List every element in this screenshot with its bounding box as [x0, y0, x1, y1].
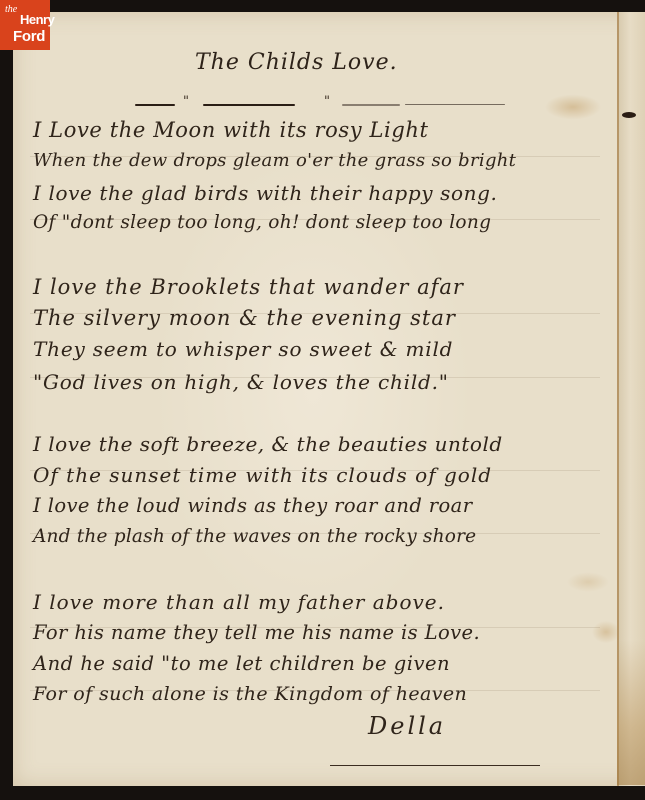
signature-rule	[330, 765, 540, 766]
signature: Della	[368, 712, 446, 740]
scan-frame: the Henry Ford The Childs Love. " " I Lo…	[0, 0, 645, 800]
poem-line: I love more than all my father above.	[33, 590, 445, 614]
poem-line: The silvery moon & the evening star	[33, 306, 456, 330]
logo-the: the	[5, 5, 17, 15]
poem-line: They seem to whisper so sweet & mild	[33, 337, 453, 361]
title-rule	[342, 104, 400, 106]
poem-title: The Childs Love.	[195, 50, 398, 75]
poem-line: "God lives on high, & loves the child."	[33, 370, 449, 394]
poem-line: For his name they tell me his name is Lo…	[33, 621, 480, 644]
poem-line: Of "dont sleep too long, oh! dont sleep …	[33, 212, 491, 233]
poem-line: I love the Brooklets that wander afar	[33, 275, 464, 299]
ditto-mark: "	[183, 94, 189, 109]
poem-line: Of the sunset time with its clouds of go…	[33, 463, 492, 487]
poem-line: I love the loud winds as they roar and r…	[33, 494, 472, 517]
title-rule	[405, 104, 505, 105]
poem-line: I love the soft breeze, & the beauties u…	[33, 432, 503, 456]
logo-henry: Henry	[20, 13, 54, 26]
title-rule	[135, 104, 175, 106]
poem-line: And the plash of the waves on the rocky …	[33, 526, 476, 547]
water-stain	[617, 640, 645, 785]
poem-line: When the dew drops gleam o'er the grass …	[33, 150, 516, 171]
poem-line: And he said "to me let children be given	[33, 652, 450, 675]
ditto-mark: "	[324, 94, 330, 109]
logo-ford: Ford	[13, 29, 45, 44]
poem-line: For of such alone is the Kingdom of heav…	[33, 683, 467, 705]
poem-line: I Love the Moon with its rosy Light	[33, 118, 429, 142]
henry-ford-logo: the Henry Ford	[0, 0, 50, 50]
poem-line: I love the glad birds with their happy s…	[33, 181, 497, 205]
ink-blot	[622, 112, 636, 118]
title-rule	[203, 104, 295, 106]
